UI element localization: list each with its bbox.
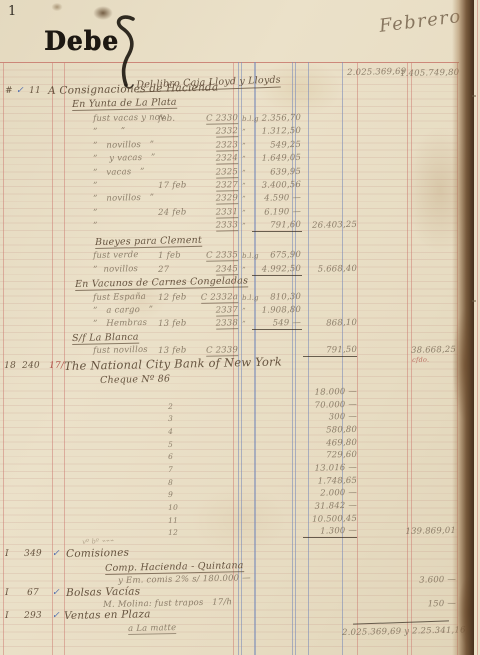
ledger-cell-date: 27 <box>158 264 198 277</box>
ledger-cell-amount-1: 2.356,70 <box>249 113 301 126</box>
margin-check-icon: ✓ <box>16 86 24 98</box>
ledger-cell-amount-1: 639,95 <box>249 167 301 180</box>
margin-account-number: 293 <box>24 611 42 623</box>
ledger-cell-amount-1: 3.400,56 <box>249 180 301 193</box>
edge-mark <box>472 95 476 97</box>
ledger-cell-amount-2: 868,10 <box>301 318 357 331</box>
ledger-cell-amount-1: 675,90 <box>249 250 301 263</box>
ledger-cell-cheque-number: 12 <box>168 527 184 539</box>
margin-scribble: vº bº ⌁⌁⌁ <box>82 536 114 546</box>
ledger-cell-cheque-number: 11 <box>168 514 184 526</box>
margin-symbol: 18 <box>4 361 16 373</box>
ledger-cell-amount-2: 10.500,45 <box>301 513 357 526</box>
margin-account-number: 349 <box>24 549 42 561</box>
ledger-cell-amount-1: 549,25 <box>249 140 301 153</box>
margin-symbol: I <box>5 588 9 600</box>
sum-rule <box>303 537 357 538</box>
ledger-cell-date: 1 feb <box>158 250 198 263</box>
opening-balance-2: 1.405.749,80 <box>400 68 456 81</box>
ledger-cell-amount-2: 2.000 — <box>301 488 357 501</box>
closing-total: 2.025.369,69 y 2.25.341,16 <box>342 626 454 640</box>
ledger-cell-folio: 2333 <box>196 220 238 233</box>
sum-rule <box>303 356 357 357</box>
ledger-cell-cheque-number: 5 <box>168 438 184 450</box>
header-rule <box>0 62 459 63</box>
ledger-cell-folio: C 2335 <box>196 250 238 263</box>
audit-note-red: cfdo. <box>412 355 429 367</box>
ledger-cell-amount-2: 31.842 — <box>301 501 357 514</box>
ledger-cell-date: 13 feb <box>158 318 198 331</box>
column-rule-blue <box>342 62 343 655</box>
margin-account-number: 240 <box>22 361 40 373</box>
ledger-cell-cheque-number: 2 <box>168 400 184 412</box>
ledger-cell-total: 139.869,01 <box>400 526 456 539</box>
ledger-cell-cheque-number: 6 <box>168 451 184 463</box>
ledger-cell-cheque-number: 8 <box>168 476 184 488</box>
ledger-cell-amount-2: 1.748,65 <box>301 475 357 488</box>
ledger-cell-amount-2: 729,60 <box>301 450 357 463</box>
page-number: 1 <box>8 4 16 19</box>
margin-symbol: I <box>5 611 9 623</box>
ledger-cell-amount-1: 4.590 — <box>249 193 301 206</box>
ledger-cell-amount-2: 469,80 <box>301 437 357 450</box>
column-rule-blue <box>308 62 309 655</box>
margin-check-icon: ✓ <box>52 549 60 561</box>
margin-symbol: I <box>5 549 9 561</box>
column-rule-red <box>3 62 4 655</box>
ledger-cell-amount-2: 580,80 <box>301 425 357 438</box>
margin-symbol: # <box>5 86 13 98</box>
ledger-cell-amount-2: 300 — <box>301 412 357 425</box>
margin-account-number: 11 <box>29 86 41 98</box>
ledger-cell-amount-2: 5.668,40 <box>301 263 357 276</box>
ledger-page: 1 Debe Febrero Del libro Caja Lloyd y Ll… <box>0 0 480 655</box>
ledger-cell-amount-1: 1.649,05 <box>249 153 301 166</box>
ledger-cell-amount-2: 26.403,25 <box>301 220 357 233</box>
ledger-cell-amount-2: 70.000 — <box>301 399 357 412</box>
ledger-cell-amount-2: 18.000 — <box>301 387 357 400</box>
edge-mark <box>472 300 476 302</box>
ledger-cell-cheque-number: 10 <box>168 502 184 514</box>
ledger-cell-amount-1: 810,30 <box>249 292 301 305</box>
ledger-cell-amount-1: 1.908,80 <box>249 305 301 318</box>
margin-check-icon: ✓ <box>52 588 60 600</box>
next-page-rule <box>477 0 478 655</box>
month-heading: Febrero <box>378 6 463 37</box>
book-page-edge <box>452 0 474 655</box>
column-rule-red <box>52 62 53 655</box>
column-rule-red <box>407 62 408 655</box>
ledger-cell-cheque-number: 4 <box>168 426 184 438</box>
ledger-cell-cheque-number: 9 <box>168 489 184 501</box>
opening-balance-1: 2.025.369,69 <box>347 67 405 80</box>
margin-check-icon: ✓ <box>52 611 60 623</box>
margin-folio-red: 17/ <box>49 361 64 373</box>
ledger-cell-amount-2: 13.016 — <box>301 463 357 476</box>
margin-account-number: 67 <box>27 588 39 600</box>
ledger-cell-cheque-number: 3 <box>168 413 184 425</box>
column-rule-red <box>357 62 358 655</box>
ledger-cell-folio: 2345 <box>196 264 238 277</box>
ledger-cell-amount-1: 6.190 — <box>249 207 301 220</box>
debit-heading: Debe <box>44 25 119 56</box>
ledger-cell-cheque-number: 7 <box>168 464 184 476</box>
ledger-cell-amount-1: 1.312,50 <box>249 126 301 139</box>
ledger-cell-date: 24 feb <box>158 207 198 220</box>
